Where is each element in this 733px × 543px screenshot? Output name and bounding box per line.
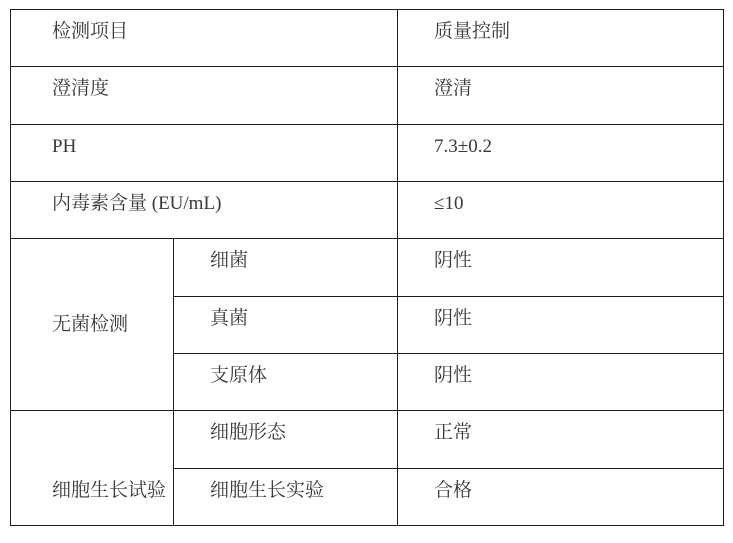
result-value-cell: 阴性 (398, 353, 724, 410)
row-value-cell: 7.3±0.2 (398, 124, 724, 181)
table-row-clarity: 澄清度 澄清 (11, 67, 724, 124)
group-label-sterility-test-cell: 无菌检测 (11, 239, 174, 411)
result-value-cell: 阴性 (398, 296, 724, 353)
row-label-cell: PH (11, 124, 398, 181)
table-row-sterility-bacteria: 无菌检测 细菌 阴性 (11, 239, 724, 296)
result-value-cell: 合格 (398, 468, 724, 525)
sub-item-label-cell: 真菌 (174, 296, 398, 353)
table-row-header: 检测项目 质量控制 (11, 10, 724, 67)
result-value-cell: 阴性 (398, 239, 724, 296)
sub-item-label-cell: 支原体 (174, 353, 398, 410)
result-value-cell: 正常 (398, 411, 724, 468)
row-label-cell: 内毒素含量 (EU/mL) (11, 181, 398, 238)
table-row-cell-morphology: 细胞生长试验 细胞形态 正常 (11, 411, 724, 468)
header-test-item-cell: 检测项目 (11, 10, 398, 67)
header-quality-control-cell: 质量控制 (398, 10, 724, 67)
row-value-cell: 澄清 (398, 67, 724, 124)
table-row-ph: PH 7.3±0.2 (11, 124, 724, 181)
table-row-endotoxin: 内毒素含量 (EU/mL) ≤10 (11, 181, 724, 238)
quality-control-table: 检测项目 质量控制 澄清度 澄清 PH 7.3±0.2 内毒素含量 (EU/mL… (10, 9, 724, 526)
sub-item-label-cell: 细胞形态 (174, 411, 398, 468)
group-label-cell-growth-test-cell: 细胞生长试验 (11, 411, 174, 526)
sub-item-label-cell: 细胞生长实验 (174, 468, 398, 525)
row-value-cell: ≤10 (398, 181, 724, 238)
sub-item-label-cell: 细菌 (174, 239, 398, 296)
row-label-cell: 澄清度 (11, 67, 398, 124)
